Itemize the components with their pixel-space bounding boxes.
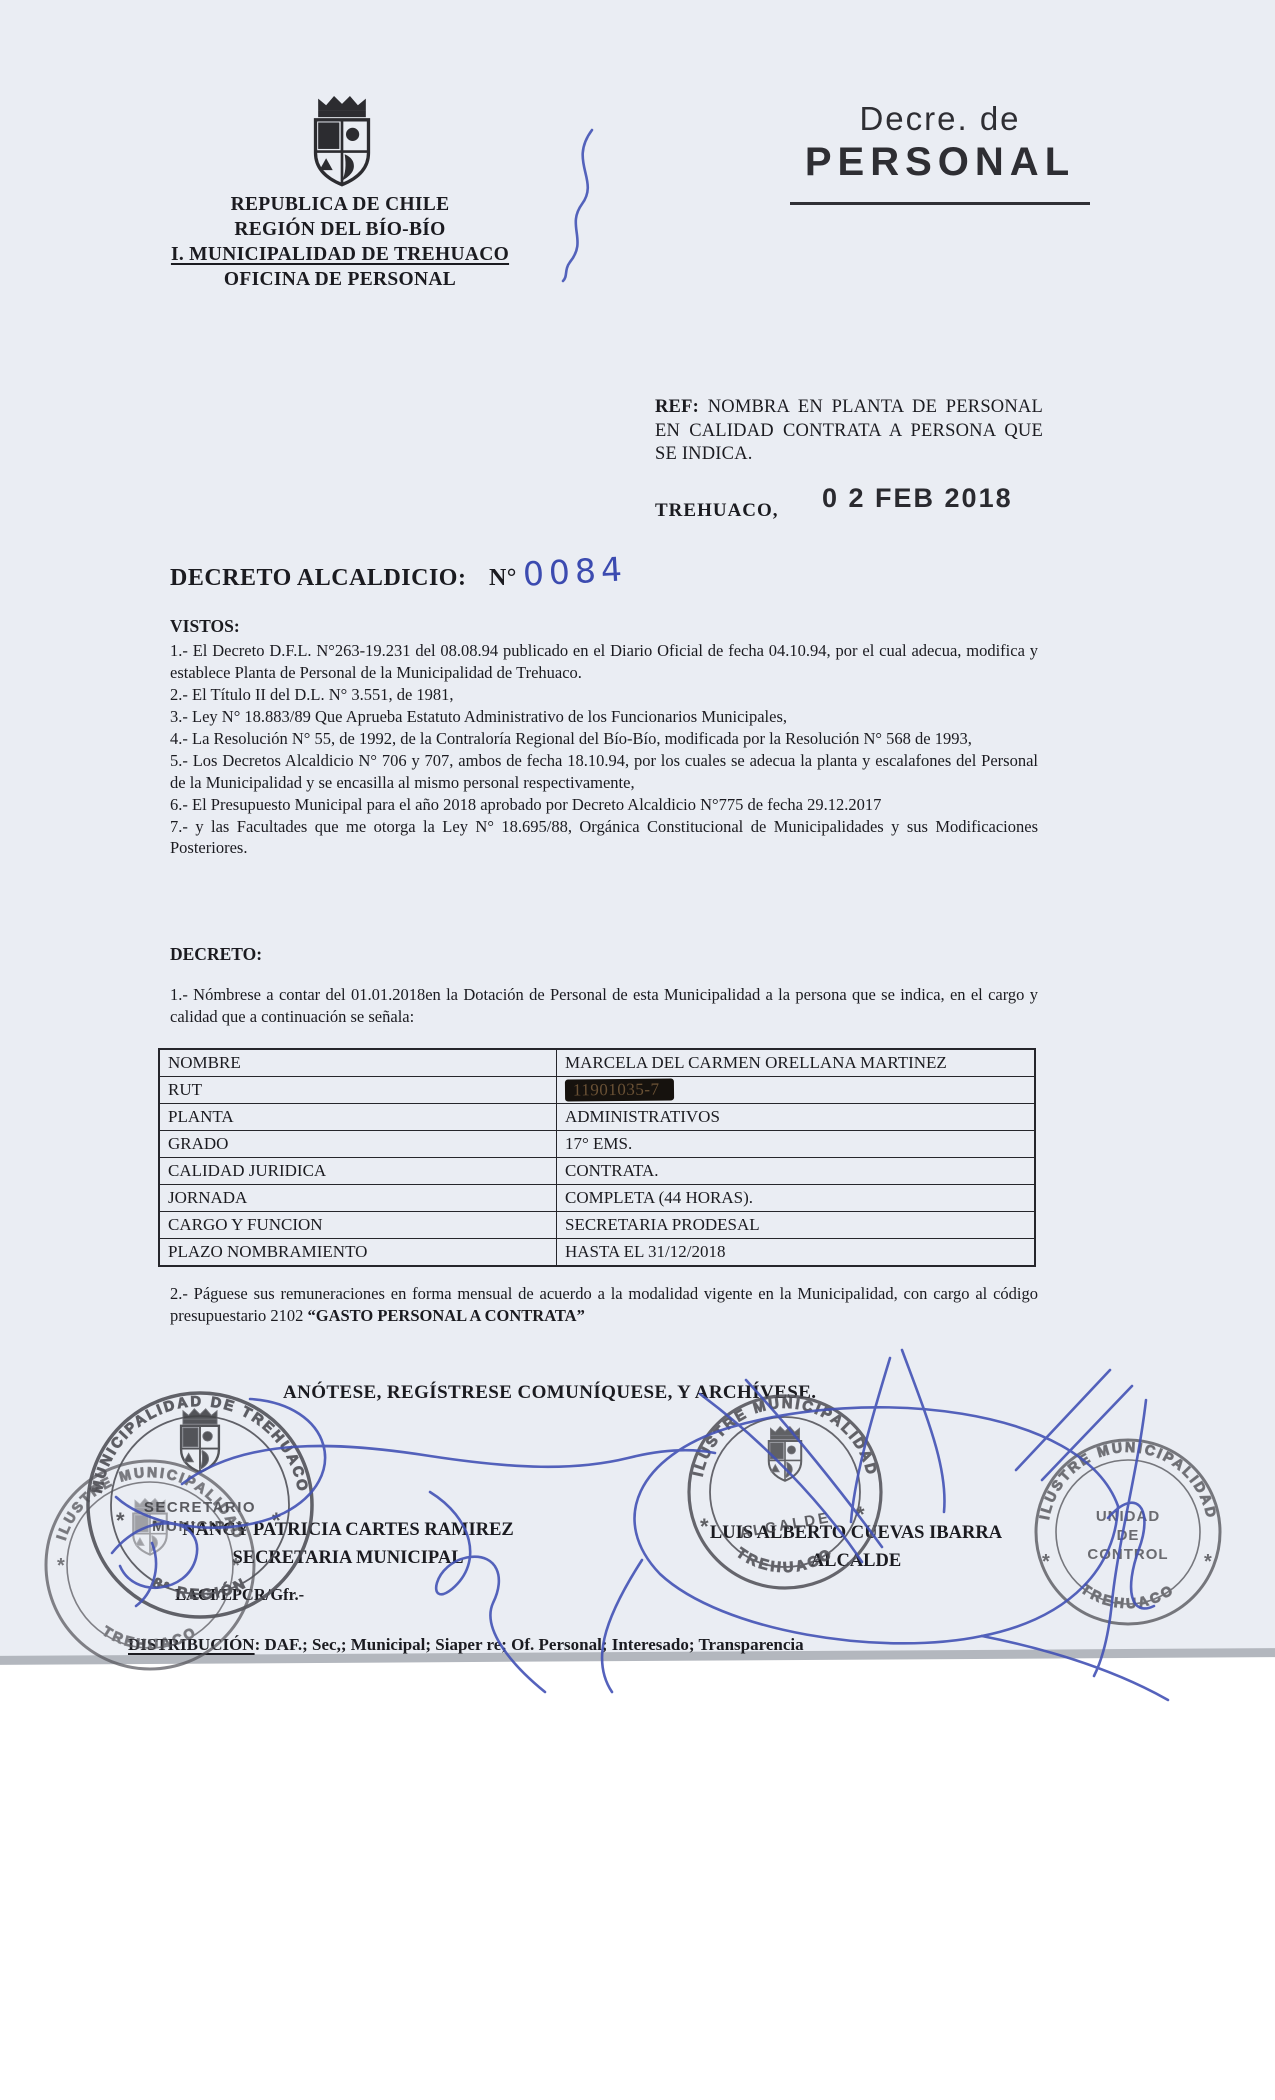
row-value: 11901035-7	[557, 1077, 1036, 1104]
row-value: CONTRATA.	[557, 1158, 1036, 1185]
row-label: JORNADA	[159, 1185, 557, 1212]
decree-number-prefix: N°	[489, 565, 517, 591]
row-value: ADMINISTRATIVOS	[557, 1104, 1036, 1131]
table-row: PLANTA ADMINISTRATIVOS	[159, 1104, 1035, 1131]
payment-paragraph-text: 2.- Páguese sus remuneraciones en forma …	[170, 1284, 1038, 1325]
signature-block-secretaria: NANCY PATRICIA CARTES RAMIREZ SECRETARIA…	[152, 1516, 544, 1572]
vistos-item-3: 3.- Ley N° 18.883/89 Que Aprueba Estatut…	[170, 706, 1038, 728]
secretaria-title: SECRETARIA MUNICIPAL	[152, 1544, 544, 1572]
vistos-item-1: 1.- El Decreto D.F.L. N°263-19.231 del 0…	[170, 640, 1038, 684]
alcalde-title: ALCALDE	[630, 1547, 1082, 1575]
row-label: PLANTA	[159, 1104, 557, 1131]
row-value: HASTA EL 31/12/2018	[557, 1239, 1036, 1267]
municipal-coat-of-arms-icon	[302, 92, 382, 190]
row-label: CALIDAD JURIDICA	[159, 1158, 557, 1185]
vistos-item-4: 4.- La Resolución N° 55, de 1992, de la …	[170, 728, 1038, 750]
vistos-heading: VISTOS:	[170, 616, 1038, 637]
letterhead-municipality: I. MUNICIPALIDAD DE TREHUACO	[115, 242, 565, 267]
row-label: PLAZO NOMBRAMIENTO	[159, 1239, 557, 1267]
row-value: 17° EMS.	[557, 1131, 1036, 1158]
letterhead-country: REPUBLICA DE CHILE	[115, 192, 565, 217]
distribution-label: DISTRIBUCIÓN	[128, 1635, 255, 1654]
ref-block: REF: NOMBRA EN PLANTA DE PERSONAL EN CAL…	[655, 396, 1043, 467]
table-row: CALIDAD JURIDICA CONTRATA.	[159, 1158, 1035, 1185]
row-label: NOMBRE	[159, 1049, 557, 1077]
table-row: CARGO Y FUNCION SECRETARIA PRODESAL	[159, 1212, 1035, 1239]
row-value: COMPLETA (44 HORAS).	[557, 1185, 1036, 1212]
decreto-paragraph-1: 1.- Nómbrese a contar del 01.01.2018en l…	[170, 984, 1038, 1028]
decree-number-handwritten: 0084	[522, 549, 628, 593]
vistos-item-5: 5.- Los Decretos Alcaldicio N° 706 y 707…	[170, 750, 1038, 794]
table-row: JORNADA COMPLETA (44 HORAS).	[159, 1185, 1035, 1212]
decreto-heading: DECRETO:	[170, 944, 262, 965]
row-label: CARGO Y FUNCION	[159, 1212, 557, 1239]
vistos-item-6: 6.- El Presupuesto Municipal para el año…	[170, 794, 1038, 816]
row-value: SECRETARIA PRODESAL	[557, 1212, 1036, 1239]
table-row: PLAZO NOMBRAMIENTO HASTA EL 31/12/2018	[159, 1239, 1035, 1267]
letterhead: REPUBLICA DE CHILE REGIÓN DEL BÍO-BÍO I.…	[115, 192, 565, 292]
city-label: TREHUACO,	[655, 500, 779, 522]
doc-type-stamp-line2: PERSONAL	[790, 140, 1090, 185]
date-stamp: 0 2 FEB 2018	[822, 483, 1013, 514]
vistos-section: VISTOS: 1.- El Decreto D.F.L. N°263-19.2…	[170, 616, 1038, 859]
table-row: RUT 11901035-7	[159, 1077, 1035, 1104]
appointment-table: NOMBRE MARCELA DEL CARMEN ORELLANA MARTI…	[158, 1048, 1036, 1267]
letterhead-office: OFICINA DE PERSONAL	[115, 267, 565, 292]
doc-type-stamp: Decre. de PERSONAL	[790, 100, 1090, 185]
decree-heading: DECRETO ALCALDICIO: N° 0084	[170, 554, 627, 593]
initials-line: LACI/LPCR/Gfr.-	[175, 1585, 304, 1605]
row-label: GRADO	[159, 1131, 557, 1158]
scanned-decree-page: REPUBLICA DE CHILE REGIÓN DEL BÍO-BÍO I.…	[0, 0, 1275, 2100]
ref-label: REF:	[655, 397, 699, 417]
row-value: MARCELA DEL CARMEN ORELLANA MARTINEZ	[557, 1049, 1036, 1077]
distribution-line: DISTRIBUCIÓN: DAF.; Sec,; Municipal; Sia…	[128, 1635, 804, 1655]
alcalde-name: LUIS ALBERTO CUEVAS IBARRA	[630, 1519, 1082, 1547]
secretaria-name: NANCY PATRICIA CARTES RAMIREZ	[152, 1516, 544, 1544]
doc-type-stamp-underline	[790, 202, 1090, 205]
ref-text: NOMBRA EN PLANTA DE PERSONAL EN CALIDAD …	[655, 397, 1043, 464]
table-row: NOMBRE MARCELA DEL CARMEN ORELLANA MARTI…	[159, 1049, 1035, 1077]
signature-block-alcalde: LUIS ALBERTO CUEVAS IBARRA ALCALDE	[630, 1519, 1082, 1575]
table-row: GRADO 17° EMS.	[159, 1131, 1035, 1158]
vistos-item-7: 7.- y las Facultades que me otorga la Le…	[170, 816, 1038, 860]
decree-heading-label: DECRETO ALCALDICIO:	[170, 565, 466, 591]
rut-redaction: 11901035-7	[565, 1078, 674, 1101]
doc-type-stamp-line1: Decre. de	[790, 100, 1090, 138]
payment-paragraph-bold: “GASTO PERSONAL A CONTRATA”	[307, 1306, 584, 1325]
distribution-text: : DAF.; Sec,; Municipal; Siaper re; Of. …	[255, 1635, 804, 1654]
payment-paragraph: 2.- Páguese sus remuneraciones en forma …	[170, 1283, 1038, 1327]
row-label: RUT	[159, 1077, 557, 1104]
vistos-item-2: 2.- El Título II del D.L. N° 3.551, de 1…	[170, 684, 1038, 706]
closing-formula: ANÓTESE, REGÍSTRESE COMUNÍQUESE, Y ARCHÍ…	[283, 1382, 816, 1404]
letterhead-region: REGIÓN DEL BÍO-BÍO	[115, 217, 565, 242]
